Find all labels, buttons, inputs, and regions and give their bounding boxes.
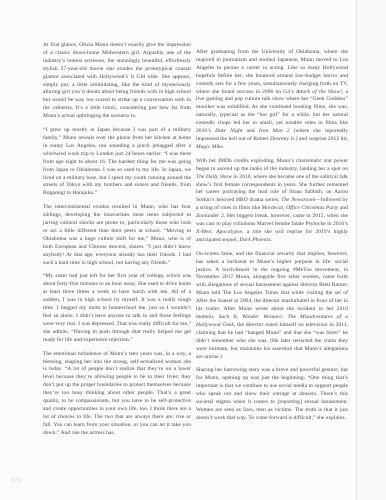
left-text-column: At first glance, Olivia Munn doesn’t exa…	[43, 42, 191, 444]
paragraph: At first glance, Olivia Munn doesn’t exa…	[43, 42, 191, 121]
page-number: 172	[11, 478, 21, 484]
paragraph: The emotional turbulence of Munn’s teen …	[43, 351, 191, 438]
paragraph: “My sister had just left for her first y…	[43, 273, 191, 344]
paragraph: With her IMDb credits exploding, Munn’s …	[196, 158, 348, 245]
paragraph: After graduating from the University of …	[196, 49, 348, 152]
magazine-page: At first glance, Olivia Munn doesn’t exa…	[0, 0, 386, 500]
paragraph: “I grew up mostly in Japan because I was…	[43, 127, 191, 198]
paragraph: The intercontinental exodus resulted in …	[43, 204, 191, 267]
page-edge-line	[356, 0, 357, 500]
page-edge-strip	[357, 0, 386, 500]
paragraph: Sharing her harrowing story was a brave …	[196, 367, 348, 422]
paragraph: On-screen fame, and the financial securi…	[196, 251, 348, 362]
right-text-column: After graduating from the University of …	[196, 49, 348, 429]
